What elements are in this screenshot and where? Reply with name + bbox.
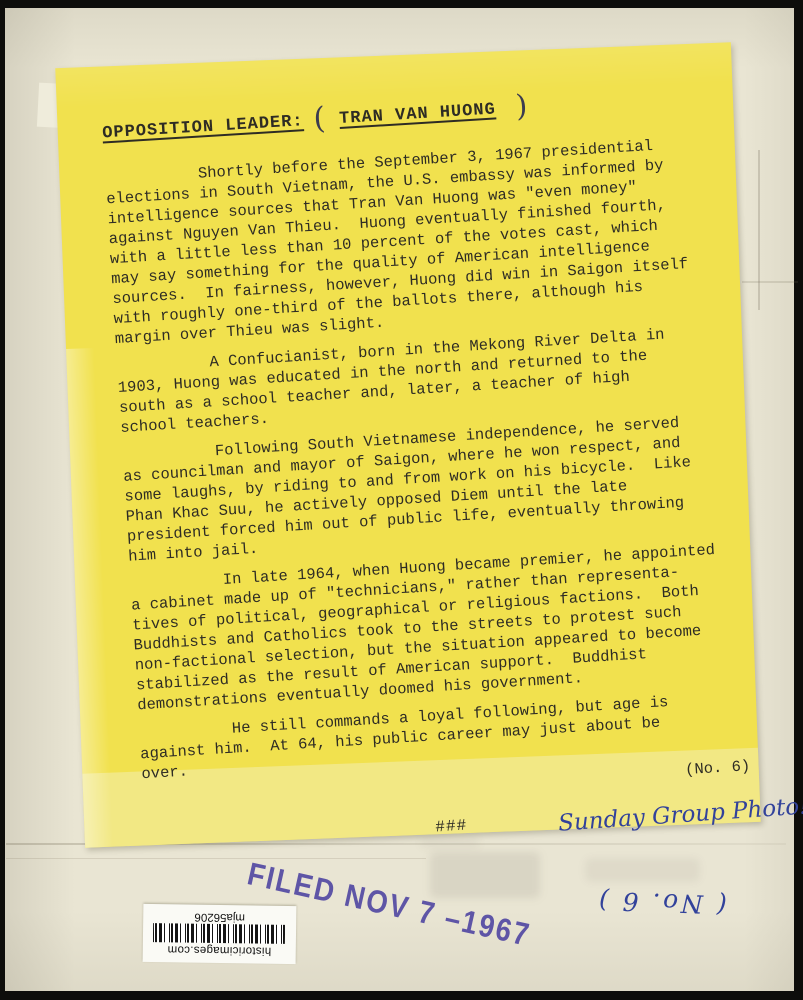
handwritten-number-upside-down: ( No. 6 ) [596,886,728,920]
barcode-sticker: historicimages.com mja56206 [143,904,297,964]
barcode [153,924,285,945]
typed-paragraph: In late 1964, when Huong became premier,… [129,538,748,715]
sticker-website-label: historicimages.com [167,944,271,957]
typed-document: OPPOSITION LEADER: ( TRAN VAN HUONG ) Sh… [101,73,757,855]
typed-paragraph: Shortly before the September 3, 1967 pre… [105,132,727,349]
paper-seam-vertical [758,150,760,310]
ink-showthrough-smudge [420,838,480,848]
crease-line [6,858,426,859]
document-heading: OPPOSITION LEADER: ( TRAN VAN HUONG ) [101,73,714,145]
heading-label: OPPOSITION LEADER: [102,112,304,143]
ink-showthrough-smudge [430,852,540,898]
yellow-press-sheet: OPPOSITION LEADER: ( TRAN VAN HUONG ) Sh… [55,42,760,847]
handwritten-paren-open: ( [312,101,326,137]
paper-seam-horizontal [742,281,798,283]
ink-showthrough-smudge [585,858,700,882]
document-body: Shortly before the September 3, 1967 pre… [105,132,758,855]
scanned-photo-back: OPPOSITION LEADER: ( TRAN VAN HUONG ) Sh… [0,0,803,1000]
handwritten-paren-close: ) [515,89,529,125]
subject-name: TRAN VAN HUONG [339,100,497,129]
sticker-code-label: mja56206 [194,911,245,924]
